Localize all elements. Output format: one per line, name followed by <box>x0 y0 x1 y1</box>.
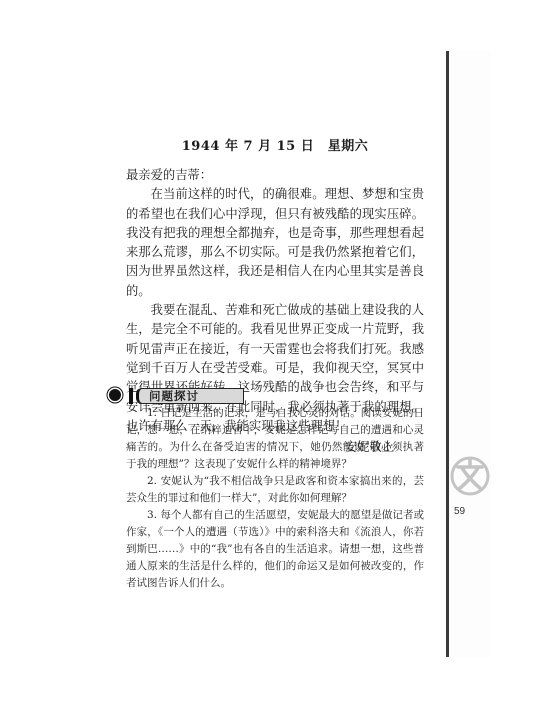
section-header: 问题探讨 <box>109 387 244 405</box>
page-number: 59 <box>454 506 465 517</box>
target-bullet-icon <box>109 389 121 401</box>
section-banner: 问题探讨 <box>136 388 244 404</box>
textbook-page: 59 1944 年 7 月 15 日 星期六 最亲爱的吉蒂： 在当前这样的时代，… <box>0 0 550 711</box>
section-heading: 问题探讨 <box>149 389 199 403</box>
discussion-questions: 1. 日记是生活的记录，是与自我心灵的对话。阅读安妮的日记，想一想，在纳粹迫害下… <box>126 405 424 592</box>
section-bar-decoration <box>129 388 133 404</box>
question-item: 2. 安妮认为“我不相信战争只是政客和资本家搞出来的，芸芸众生的罪过和他们一样大… <box>126 473 424 507</box>
question-item: 1. 日记是生活的记录，是与自我心灵的对话。阅读安妮的日记，想一想，在纳粹迫害下… <box>126 405 424 473</box>
letter-salutation: 最亲爱的吉蒂： <box>126 166 424 185</box>
letter-paragraph: 在当前这样的时代，的确很难。理想、梦想和宝贵的希望也在我们心中浮现，但只有被残酷… <box>126 185 424 301</box>
wen-emblem-icon <box>449 455 491 497</box>
margin-rule <box>446 51 449 657</box>
margin-panel <box>449 51 491 657</box>
diary-date-title: 1944 年 7 月 15 日 星期六 <box>126 135 424 154</box>
question-item: 3. 每个人都有自己的生活愿望，安妮最大的愿望是做记者或作家，《一个人的遭遇（节… <box>126 507 424 592</box>
